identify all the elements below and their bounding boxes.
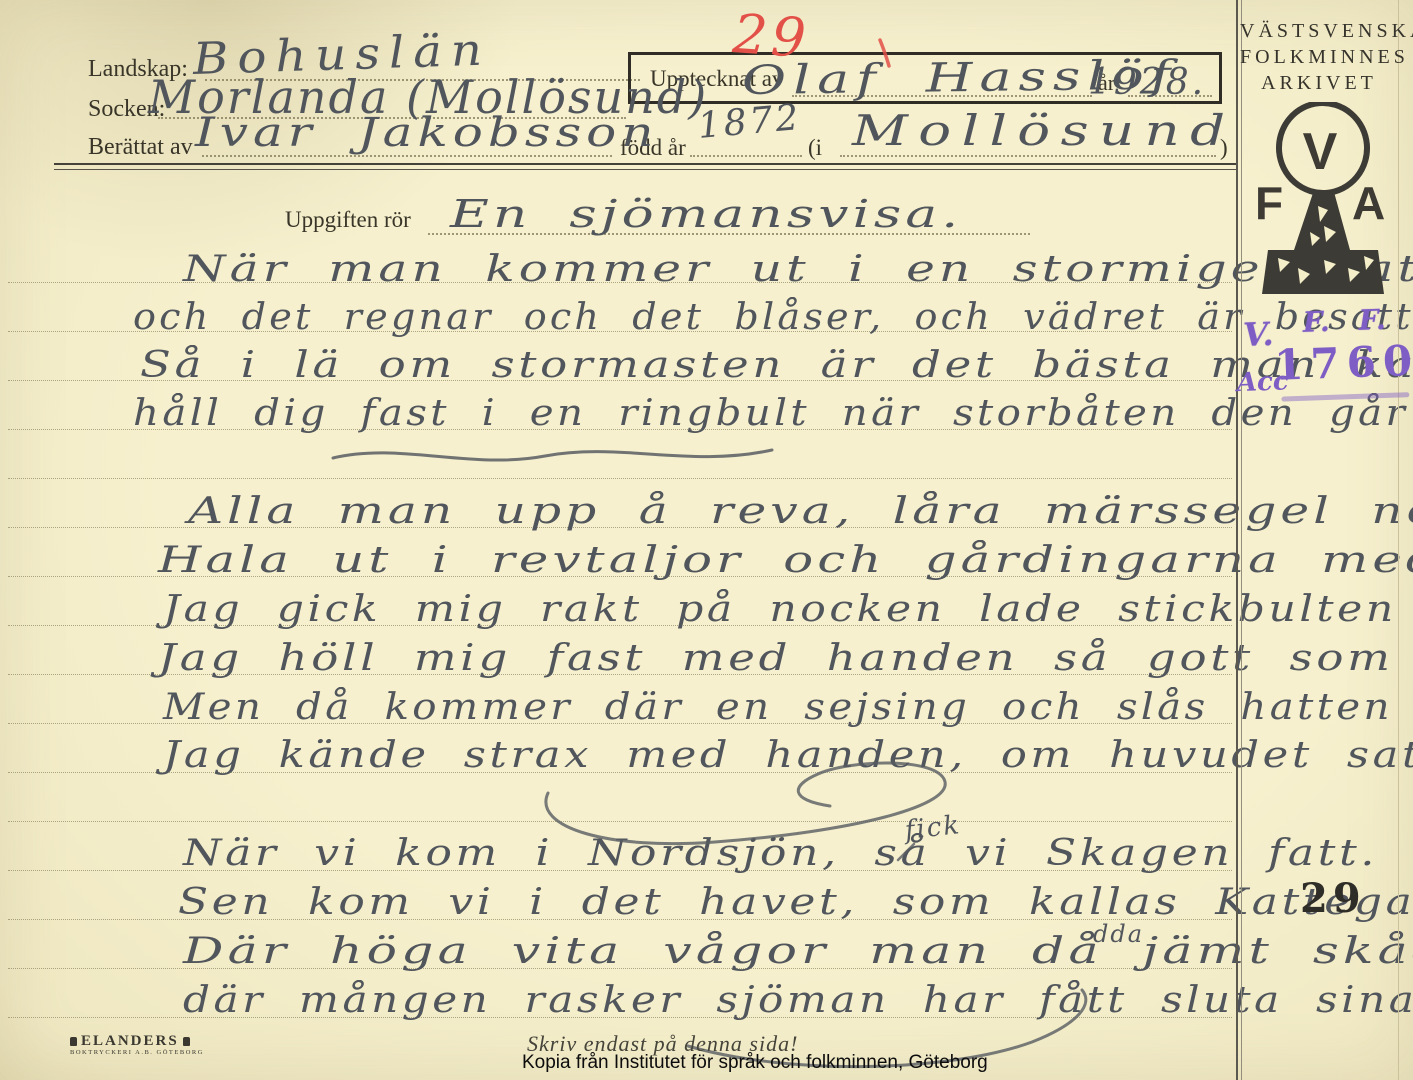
year-value-handwriting: 1928. xyxy=(1088,62,1206,103)
handwriting-line: Jag kände strax med handen, om huvudet s… xyxy=(163,735,1413,776)
margin-divider-line xyxy=(1236,0,1242,1080)
dotted-rule-line xyxy=(8,821,1232,822)
handwriting-line: Så i lä om stormasten är det bästa man k… xyxy=(140,345,1413,386)
stamp-letter: F. xyxy=(1358,303,1386,337)
printer-subtitle: BOKTRYCKERI A.B. GÖTEBORG xyxy=(70,1049,204,1056)
topic-label: Uppgiften rör xyxy=(285,207,411,233)
accession-stamp: V. F. F. 1760 Acc xyxy=(1236,300,1413,416)
handwriting-line: Där höga vita vågor man då jämt skåda är xyxy=(183,931,1413,972)
printer-imprint: ELANDERS BOKTRYCKERI A.B. GÖTEBORG xyxy=(70,1033,204,1056)
red-page-number-annotation: 29 xyxy=(731,2,812,70)
handwriting-line: Men då kommer där en sejsing och slås ha… xyxy=(163,687,1413,728)
archive-name-line: FOLKMINNES xyxy=(1240,46,1398,69)
handwriting-line: Jag gick mig rakt på nocken lade stickbu… xyxy=(163,589,1413,630)
handwriting-line: När man kommer ut i en stormiger natt xyxy=(183,249,1413,290)
handwriting-line: och det regnar och det blåser, och vädre… xyxy=(133,297,1413,338)
handwriting-line: Alla man upp å reva, låra märssegel ned xyxy=(188,491,1413,532)
fodd-place-value-handwriting: Mollösund xyxy=(852,106,1235,155)
fodd-dotted-line xyxy=(690,155,802,157)
stamp-letter: F. xyxy=(1302,305,1330,339)
handwriting-line: Sen kom vi i det havet, som kallas Katte… xyxy=(178,882,1413,923)
inserted-word-handwriting: dda xyxy=(1093,920,1144,948)
archive-name-line: VÄSTSVENSKA xyxy=(1240,20,1398,43)
inserted-word-handwriting: fick xyxy=(903,810,962,846)
dotted-rule-line xyxy=(8,478,1232,479)
topic-value-handwriting: En sjömansvisa. xyxy=(450,192,962,236)
card-right-edge-line xyxy=(1398,0,1399,1080)
handwriting-line: Jag höll mig fast med handen så gott som… xyxy=(158,638,1413,679)
fodd-place-open-paren: (i xyxy=(808,135,822,161)
printer-ornament-icon xyxy=(183,1037,190,1046)
archive-record-card: Landskap: Socken: Berättat av född år (i… xyxy=(0,0,1413,1080)
logo-letter-v: V xyxy=(1303,122,1338,182)
logo-letter-f: F xyxy=(1255,176,1283,230)
handwriting-line: När vi kom i Nordsjön, så vi Skagen fatt… xyxy=(183,833,1378,874)
handwriting-line: Hala ut i revtaljor och gårdingarna med xyxy=(158,540,1413,581)
printer-name: ELANDERS xyxy=(81,1033,179,1050)
stamp-number: 1760 xyxy=(1273,336,1413,390)
header-divider-rule xyxy=(54,163,1236,170)
page-number-stamp: 29 xyxy=(1300,875,1366,922)
fodd-value-handwriting: 1872 xyxy=(696,97,803,147)
archive-name-line: ARKIVET xyxy=(1240,72,1398,95)
logo-letter-a: A xyxy=(1352,176,1385,230)
stamp-underline xyxy=(1281,392,1409,401)
stamp-acc-note: Acc xyxy=(1236,366,1289,398)
fodd-place-dotted-line xyxy=(840,155,1216,157)
berattat-value-handwriting: Ivar Jakobsson xyxy=(195,110,658,156)
berattat-label: Berättat av xyxy=(88,134,193,161)
stamp-letter: V. xyxy=(1242,315,1274,354)
printer-ornament-icon xyxy=(70,1037,77,1046)
handwriting-line: där mången rasker sjöman har fått sluta … xyxy=(183,980,1413,1021)
handwriting-line: håll dig fast i en ringbult när storbåte… xyxy=(133,393,1408,434)
archive-copy-note: Kopia från Institutet för språk och folk… xyxy=(522,1052,988,1074)
